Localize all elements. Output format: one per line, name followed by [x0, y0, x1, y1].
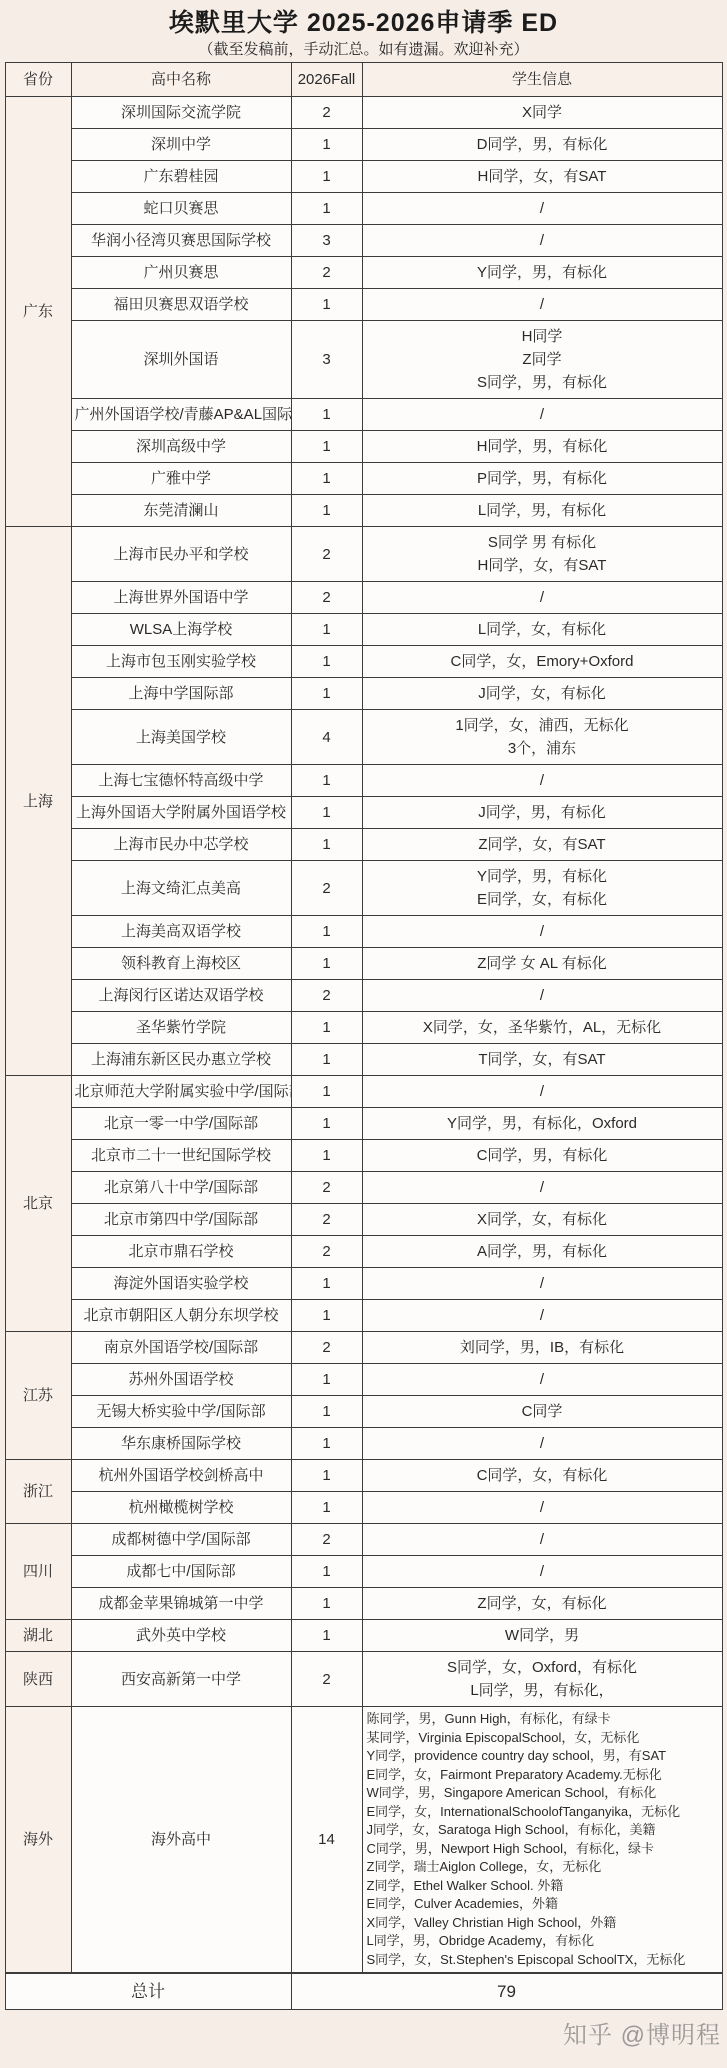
- fall-count-cell: 1: [291, 1268, 362, 1300]
- table-row: 海外海外高中14陈同学，男，Gunn High，有标化，有绿卡某同学，Virgi…: [5, 1707, 722, 1974]
- student-info-cell: /: [362, 225, 722, 257]
- table-row: 广东深圳国际交流学院2X同学: [5, 97, 722, 129]
- student-info-cell: T同学，女，有SAT: [362, 1044, 722, 1076]
- table-row: 江苏南京外国语学校/国际部2刘同学，男，IB，有标化: [5, 1332, 722, 1364]
- school-cell: 苏州外国语学校: [71, 1364, 291, 1396]
- table-row: 苏州外国语学校1/: [5, 1364, 722, 1396]
- school-cell: 杭州橄榄树学校: [71, 1492, 291, 1524]
- table-body: 广东深圳国际交流学院2X同学深圳中学1D同学，男，有标化广东碧桂园1H同学，女，…: [5, 97, 722, 1974]
- school-cell: 上海中学国际部: [71, 678, 291, 710]
- fall-count-cell: 14: [291, 1707, 362, 1974]
- student-info-cell: C同学，女，有标化: [362, 1460, 722, 1492]
- fall-count-cell: 1: [291, 829, 362, 861]
- student-info-cell: X同学: [362, 97, 722, 129]
- table-row: 北京市朝阳区人朝分东坝学校1/: [5, 1300, 722, 1332]
- student-info-line: W同学，男，Singapore American School，有标化: [367, 1784, 720, 1803]
- fall-count-cell: 1: [291, 1620, 362, 1652]
- student-info-cell: X同学，女，有标化: [362, 1204, 722, 1236]
- school-cell: 南京外国语学校/国际部: [71, 1332, 291, 1364]
- school-cell: 广东碧桂园: [71, 161, 291, 193]
- school-cell: 上海浦东新区民办惠立学校: [71, 1044, 291, 1076]
- table-row: 北京北京师范大学附属实验中学/国际部1/: [5, 1076, 722, 1108]
- fall-count-cell: 1: [291, 1428, 362, 1460]
- school-cell: 广州贝赛思: [71, 257, 291, 289]
- student-info-cell: D同学，男，有标化: [362, 129, 722, 161]
- school-cell: 华润小径湾贝赛思国际学校: [71, 225, 291, 257]
- school-cell: 深圳中学: [71, 129, 291, 161]
- province-cell: 湖北: [5, 1620, 71, 1652]
- student-info-cell: 刘同学，男，IB，有标化: [362, 1332, 722, 1364]
- table-row: 陕西西安高新第一中学2S同学，女，Oxford，有标化 L同学，男，有标化，: [5, 1652, 722, 1707]
- table-row: 上海中学国际部1J同学，女，有标化: [5, 678, 722, 710]
- header-province: 省份: [5, 63, 71, 97]
- table-row: 广东碧桂园1H同学，女，有SAT: [5, 161, 722, 193]
- table-row: 上海浦东新区民办惠立学校1T同学，女，有SAT: [5, 1044, 722, 1076]
- fall-count-cell: 2: [291, 527, 362, 582]
- school-cell: 广雅中学: [71, 463, 291, 495]
- school-cell: 上海美高双语学校: [71, 916, 291, 948]
- student-info-cell: C同学，男，有标化: [362, 1140, 722, 1172]
- student-info-cell: J同学，男，有标化: [362, 797, 722, 829]
- school-cell: 上海美国学校: [71, 710, 291, 765]
- school-cell: 上海闵行区诺达双语学校: [71, 980, 291, 1012]
- school-cell: 成都七中/国际部: [71, 1556, 291, 1588]
- fall-count-cell: 2: [291, 97, 362, 129]
- table-row: 杭州橄榄树学校1/: [5, 1492, 722, 1524]
- student-info-cell: C同学: [362, 1396, 722, 1428]
- table-row: 广州外国语学校/青藤AP&AL国际课程1/: [5, 399, 722, 431]
- student-info-cell: /: [362, 1300, 722, 1332]
- fall-count-cell: 3: [291, 321, 362, 399]
- student-info-line: S同学，女，St.Stephen's Episcopal SchoolTX，无标…: [367, 1951, 720, 1970]
- fall-count-cell: 1: [291, 765, 362, 797]
- province-cell: 陕西: [5, 1652, 71, 1707]
- school-cell: 上海文绮汇点美高: [71, 861, 291, 916]
- table-row: 华润小径湾贝赛思国际学校3/: [5, 225, 722, 257]
- table-row: 深圳外国语3H同学 Z同学 S同学，男，有标化: [5, 321, 722, 399]
- table-row: 广州贝赛思2Y同学，男，有标化: [5, 257, 722, 289]
- student-info-cell: A同学，男，有标化: [362, 1236, 722, 1268]
- fall-count-cell: 2: [291, 582, 362, 614]
- student-info-cell: 陈同学，男，Gunn High，有标化，有绿卡某同学，Virginia Epis…: [362, 1707, 722, 1974]
- fall-count-cell: 1: [291, 1012, 362, 1044]
- table-row: 北京市第四中学/国际部2X同学，女，有标化: [5, 1204, 722, 1236]
- total-label: 总计: [5, 1973, 291, 2009]
- table-row: 上海美国学校41同学，女，浦西，无标化 3个，浦东: [5, 710, 722, 765]
- student-info-cell: /: [362, 916, 722, 948]
- fall-count-cell: 1: [291, 495, 362, 527]
- table-row: 华东康桥国际学校1/: [5, 1428, 722, 1460]
- table-row: WLSA上海学校1L同学，女，有标化: [5, 614, 722, 646]
- student-info-cell: Z同学，女，有标化: [362, 1588, 722, 1620]
- school-cell: 海淀外国语实验学校: [71, 1268, 291, 1300]
- student-info-cell: /: [362, 1172, 722, 1204]
- total-value: 79: [291, 1973, 722, 2009]
- fall-count-cell: 1: [291, 463, 362, 495]
- student-info-cell: /: [362, 765, 722, 797]
- student-info-cell: P同学，男，有标化: [362, 463, 722, 495]
- school-cell: 深圳外国语: [71, 321, 291, 399]
- table-row: 成都七中/国际部1/: [5, 1556, 722, 1588]
- fall-count-cell: 2: [291, 861, 362, 916]
- fall-count-cell: 1: [291, 1108, 362, 1140]
- student-info-cell: /: [362, 1492, 722, 1524]
- school-cell: 成都树德中学/国际部: [71, 1524, 291, 1556]
- province-cell: 江苏: [5, 1332, 71, 1460]
- table-row: 蛇口贝赛思1/: [5, 193, 722, 225]
- fall-count-cell: 2: [291, 1652, 362, 1707]
- student-info-cell: S同学 男 有标化 H同学，女，有SAT: [362, 527, 722, 582]
- student-info-cell: Y同学，男，有标化，Oxford: [362, 1108, 722, 1140]
- header-fall: 2026Fall: [291, 63, 362, 97]
- table-row: 上海闵行区诺达双语学校2/: [5, 980, 722, 1012]
- table-row: 上海市民办中芯学校1Z同学，女，有SAT: [5, 829, 722, 861]
- student-info-cell: /: [362, 582, 722, 614]
- student-info-cell: /: [362, 1556, 722, 1588]
- fall-count-cell: 1: [291, 1588, 362, 1620]
- student-info-line: E同学，Culver Academies，外籍: [367, 1895, 720, 1914]
- fall-count-cell: 1: [291, 1300, 362, 1332]
- fall-count-cell: 2: [291, 1236, 362, 1268]
- school-cell: 北京师范大学附属实验中学/国际部: [71, 1076, 291, 1108]
- fall-count-cell: 1: [291, 614, 362, 646]
- province-cell: 四川: [5, 1524, 71, 1620]
- school-cell: 海外高中: [71, 1707, 291, 1974]
- fall-count-cell: 4: [291, 710, 362, 765]
- province-cell: 上海: [5, 527, 71, 1076]
- page-title: 埃默里大学 2025-2026申请季 ED: [0, 8, 727, 38]
- student-info-cell: /: [362, 1524, 722, 1556]
- table-row: 湖北武外英中学校1W同学，男: [5, 1620, 722, 1652]
- table-row: 四川成都树德中学/国际部2/: [5, 1524, 722, 1556]
- fall-count-cell: 1: [291, 646, 362, 678]
- table-row: 无锡大桥实验中学/国际部1C同学: [5, 1396, 722, 1428]
- fall-count-cell: 1: [291, 431, 362, 463]
- student-info-line: 某同学，Virginia EpiscopalSchool，女，无标化: [367, 1729, 720, 1748]
- fall-count-cell: 1: [291, 797, 362, 829]
- fall-count-cell: 1: [291, 399, 362, 431]
- student-info-cell: /: [362, 980, 722, 1012]
- student-info-line: C同学，男，Newport High School，有标化，绿卡: [367, 1840, 720, 1859]
- table-row: 福田贝赛思双语学校1/: [5, 289, 722, 321]
- admissions-table: 省份 高中名称 2026Fall 学生信息 广东深圳国际交流学院2X同学深圳中学…: [5, 62, 723, 2010]
- student-info-cell: /: [362, 399, 722, 431]
- school-cell: 上海外国语大学附属外国语学校: [71, 797, 291, 829]
- student-info-cell: /: [362, 289, 722, 321]
- student-info-cell: H同学，男，有标化: [362, 431, 722, 463]
- fall-count-cell: 1: [291, 948, 362, 980]
- fall-count-cell: 1: [291, 678, 362, 710]
- table-row: 海淀外国语实验学校1/: [5, 1268, 722, 1300]
- fall-count-cell: 1: [291, 916, 362, 948]
- page-subtitle: （截至发稿前，手动汇总。如有遗漏。欢迎补充）: [0, 40, 727, 60]
- school-cell: 深圳国际交流学院: [71, 97, 291, 129]
- school-cell: 上海世界外国语中学: [71, 582, 291, 614]
- student-info-cell: J同学，女，有标化: [362, 678, 722, 710]
- student-info-cell: C同学，女，Emory+Oxford: [362, 646, 722, 678]
- student-info-cell: /: [362, 193, 722, 225]
- fall-count-cell: 1: [291, 1044, 362, 1076]
- student-info-cell: H同学，女，有SAT: [362, 161, 722, 193]
- fall-count-cell: 2: [291, 1204, 362, 1236]
- table-row: 上海上海市民办平和学校2S同学 男 有标化 H同学，女，有SAT: [5, 527, 722, 582]
- province-cell: 广东: [5, 97, 71, 527]
- table-row: 北京一零一中学/国际部1Y同学，男，有标化，Oxford: [5, 1108, 722, 1140]
- student-info-cell: S同学，女，Oxford，有标化 L同学，男，有标化，: [362, 1652, 722, 1707]
- school-cell: 成都金苹果锦城第一中学: [71, 1588, 291, 1620]
- school-cell: 北京一零一中学/国际部: [71, 1108, 291, 1140]
- table-row: 上海世界外国语中学2/: [5, 582, 722, 614]
- fall-count-cell: 2: [291, 257, 362, 289]
- student-info-cell: Z同学 女 AL 有标化: [362, 948, 722, 980]
- school-cell: 北京市第四中学/国际部: [71, 1204, 291, 1236]
- student-info-line: J同学，女，Saratoga High School，有标化，美籍: [367, 1821, 720, 1840]
- student-info-line: X同学，Valley Christian High School，外籍: [367, 1914, 720, 1933]
- table-row: 成都金苹果锦城第一中学1Z同学，女，有标化: [5, 1588, 722, 1620]
- table-row: 圣华紫竹学院1X同学，女，圣华紫竹，AL，无标化: [5, 1012, 722, 1044]
- student-info-cell: H同学 Z同学 S同学，男，有标化: [362, 321, 722, 399]
- school-cell: 圣华紫竹学院: [71, 1012, 291, 1044]
- title-block: 埃默里大学 2025-2026申请季 ED （截至发稿前，手动汇总。如有遗漏。欢…: [0, 0, 727, 60]
- student-info-line: Z同学，瑞士Aiglon College，女，无标化: [367, 1858, 720, 1877]
- school-cell: 广州外国语学校/青藤AP&AL国际课程: [71, 399, 291, 431]
- fall-count-cell: 2: [291, 1172, 362, 1204]
- table-row: 北京市鼎石学校2A同学，男，有标化: [5, 1236, 722, 1268]
- header-school: 高中名称: [71, 63, 291, 97]
- province-cell: 北京: [5, 1076, 71, 1332]
- fall-count-cell: 2: [291, 1332, 362, 1364]
- fall-count-cell: 3: [291, 225, 362, 257]
- zhihu-watermark: 知乎 @博明程: [563, 2015, 721, 2050]
- fall-count-cell: 1: [291, 1140, 362, 1172]
- student-info-cell: W同学，男: [362, 1620, 722, 1652]
- student-info-line: Y同学，providence country day school，男，有SAT: [367, 1747, 720, 1766]
- school-cell: WLSA上海学校: [71, 614, 291, 646]
- table-row: 浙江杭州外国语学校剑桥高中1C同学，女，有标化: [5, 1460, 722, 1492]
- school-cell: 武外英中学校: [71, 1620, 291, 1652]
- table-footer-row: 总计 79: [5, 1973, 722, 2009]
- fall-count-cell: 1: [291, 1556, 362, 1588]
- student-info-cell: Y同学，男，有标化: [362, 257, 722, 289]
- table-row: 上海外国语大学附属外国语学校1J同学，男，有标化: [5, 797, 722, 829]
- student-info-cell: L同学，女，有标化: [362, 614, 722, 646]
- school-cell: 蛇口贝赛思: [71, 193, 291, 225]
- table-row: 上海七宝德怀特高级中学1/: [5, 765, 722, 797]
- fall-count-cell: 1: [291, 1396, 362, 1428]
- school-cell: 无锡大桥实验中学/国际部: [71, 1396, 291, 1428]
- table-row: 领科教育上海校区1Z同学 女 AL 有标化: [5, 948, 722, 980]
- school-cell: 上海七宝德怀特高级中学: [71, 765, 291, 797]
- school-cell: 上海市民办平和学校: [71, 527, 291, 582]
- school-cell: 福田贝赛思双语学校: [71, 289, 291, 321]
- school-cell: 北京市二十一世纪国际学校: [71, 1140, 291, 1172]
- school-cell: 上海市包玉刚实验学校: [71, 646, 291, 678]
- student-info-line: E同学，女，Fairmont Preparatory Academy.无标化: [367, 1766, 720, 1785]
- fall-count-cell: 1: [291, 161, 362, 193]
- fall-count-cell: 2: [291, 1524, 362, 1556]
- fall-count-cell: 2: [291, 980, 362, 1012]
- student-info-cell: /: [362, 1076, 722, 1108]
- table-header-row: 省份 高中名称 2026Fall 学生信息: [5, 63, 722, 97]
- fall-count-cell: 1: [291, 1076, 362, 1108]
- school-cell: 华东康桥国际学校: [71, 1428, 291, 1460]
- table-row: 上海市包玉刚实验学校1C同学，女，Emory+Oxford: [5, 646, 722, 678]
- school-cell: 领科教育上海校区: [71, 948, 291, 980]
- fall-count-cell: 1: [291, 1492, 362, 1524]
- table-row: 广雅中学1P同学，男，有标化: [5, 463, 722, 495]
- fall-count-cell: 1: [291, 289, 362, 321]
- school-cell: 东莞清澜山: [71, 495, 291, 527]
- student-info-cell: /: [362, 1268, 722, 1300]
- school-cell: 深圳高级中学: [71, 431, 291, 463]
- school-cell: 北京第八十中学/国际部: [71, 1172, 291, 1204]
- student-info-cell: Y同学，男，有标化 E同学，女，有标化: [362, 861, 722, 916]
- province-cell: 海外: [5, 1707, 71, 1974]
- student-info-cell: 1同学，女，浦西，无标化 3个，浦东: [362, 710, 722, 765]
- fall-count-cell: 1: [291, 1460, 362, 1492]
- school-cell: 杭州外国语学校剑桥高中: [71, 1460, 291, 1492]
- student-info-cell: /: [362, 1364, 722, 1396]
- table-row: 上海美高双语学校1/: [5, 916, 722, 948]
- student-info-line: Z同学，Ethel Walker School. 外籍: [367, 1877, 720, 1896]
- province-cell: 浙江: [5, 1460, 71, 1524]
- table-row: 深圳高级中学1H同学，男，有标化: [5, 431, 722, 463]
- header-student-info: 学生信息: [362, 63, 722, 97]
- table-row: 北京第八十中学/国际部2/: [5, 1172, 722, 1204]
- table-row: 北京市二十一世纪国际学校1C同学，男，有标化: [5, 1140, 722, 1172]
- table-row: 东莞清澜山1L同学，男，有标化: [5, 495, 722, 527]
- student-info-line: E同学，女，InternationalSchoolofTanganyika，无标…: [367, 1803, 720, 1822]
- school-cell: 北京市朝阳区人朝分东坝学校: [71, 1300, 291, 1332]
- student-info-cell: X同学，女，圣华紫竹，AL，无标化: [362, 1012, 722, 1044]
- fall-count-cell: 1: [291, 193, 362, 225]
- table-row: 深圳中学1D同学，男，有标化: [5, 129, 722, 161]
- student-info-line: L同学，男，Obridge Academy，有标化: [367, 1932, 720, 1951]
- student-info-cell: /: [362, 1428, 722, 1460]
- table-row: 上海文绮汇点美高2Y同学，男，有标化 E同学，女，有标化: [5, 861, 722, 916]
- fall-count-cell: 1: [291, 1364, 362, 1396]
- fall-count-cell: 1: [291, 129, 362, 161]
- school-cell: 北京市鼎石学校: [71, 1236, 291, 1268]
- student-info-line: 陈同学，男，Gunn High，有标化，有绿卡: [367, 1710, 720, 1729]
- student-info-cell: Z同学，女，有SAT: [362, 829, 722, 861]
- school-cell: 上海市民办中芯学校: [71, 829, 291, 861]
- student-info-cell: L同学，男，有标化: [362, 495, 722, 527]
- school-cell: 西安高新第一中学: [71, 1652, 291, 1707]
